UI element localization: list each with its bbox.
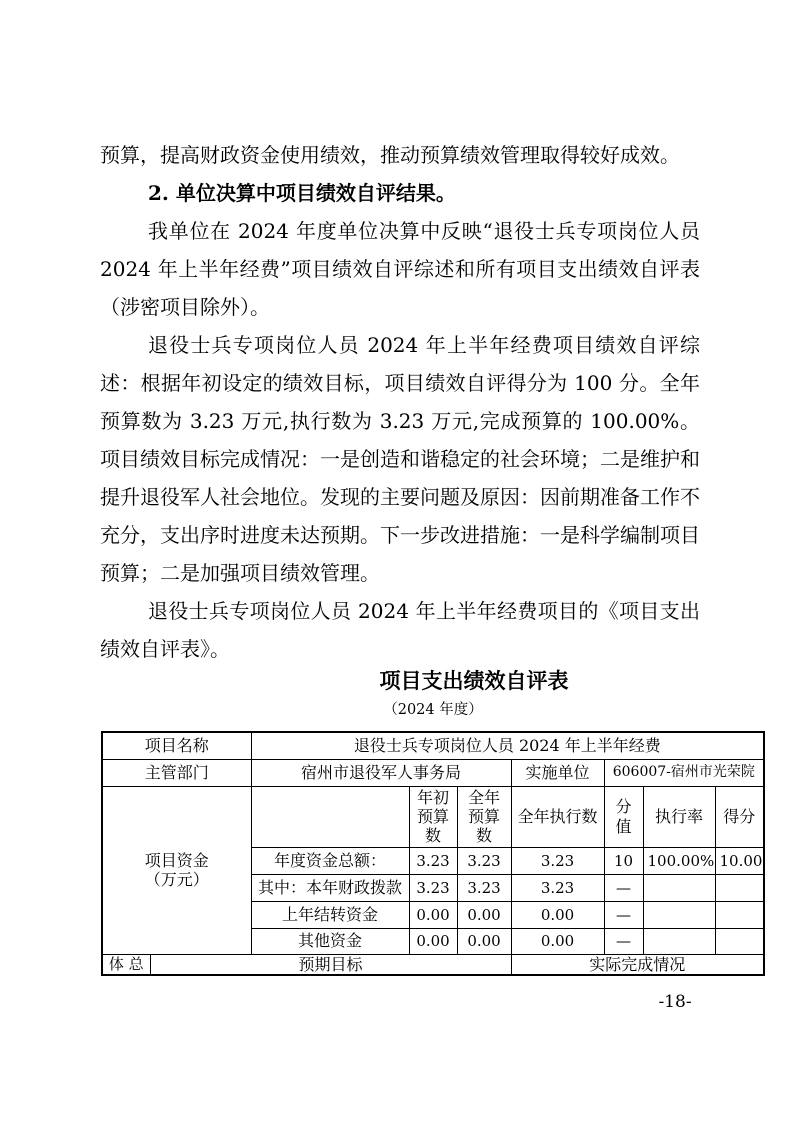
fund-rate [643,928,715,954]
fund-score: 10.00 [715,847,764,874]
project-name-value: 退役士兵专项岗位人员 2024 年上半年经费 [251,732,764,759]
section-heading: 2. 单位决算中项目绩效自评结果。 [100,174,700,212]
fund-rate: 100.00% [643,847,715,874]
funds-unit-cell: 项目资金 （万元） [102,786,251,954]
funds-label-line2: （万元） [107,870,247,889]
fund-score [715,928,764,954]
fund-points: — [604,874,643,901]
fund-annual: 3.23 [457,874,511,901]
table-row: 体 总 预期目标 实际完成情况 [102,954,764,975]
table-subtitle: （2024 年度） [0,700,793,720]
dept-value: 宿州市退役军人事务局 [251,759,511,786]
impl-value: 606007-宿州市光荣院 [604,759,764,786]
header-annual-budget: 全年预算数 [457,786,511,847]
paragraph-1: 我单位在 2024 年度单位决算中反映“退役士兵专项岗位人员 2024 年上半年… [100,212,700,326]
fund-annual: 0.00 [457,901,511,928]
paragraph-3: 退役士兵专项岗位人员 2024 年上半年经费项目的《项目支出绩效自评表》。 [100,592,700,668]
header-points: 分值 [604,786,643,847]
header-annual-exec: 全年执行数 [511,786,604,847]
fund-exec: 3.23 [511,847,604,874]
fund-begin: 0.00 [409,901,457,928]
fund-exec: 3.23 [511,874,604,901]
paragraph-continuation: 预算，提高财政资金使用绩效，推动预算绩效管理取得较好成效。 [100,136,700,174]
fund-points: — [604,928,643,954]
table-title: 项目支出绩效自评表 [0,666,793,696]
document-page: 预算，提高财政资金使用绩效，推动预算绩效管理取得较好成效。 2. 单位决算中项目… [0,0,793,1122]
fund-row-label: 其中：本年财政拨款 [251,874,409,901]
fund-row-label: 上年结转资金 [251,901,409,928]
table-row: 项目资金 （万元） 年初预算数 全年预算数 全年执行数 分值 执行率 得分 [102,786,764,847]
empty-cell [251,786,409,847]
self-evaluation-table: 项目名称 退役士兵专项岗位人员 2024 年上半年经费 主管部门 宿州市退役军人… [101,731,765,976]
dept-label: 主管部门 [102,759,251,786]
header-score: 得分 [715,786,764,847]
page-number: -18- [645,992,705,1012]
fund-row-label: 其他资金 [251,928,409,954]
fund-annual: 3.23 [457,847,511,874]
project-name-label: 项目名称 [102,732,251,759]
fund-annual: 0.00 [457,928,511,954]
fund-score [715,901,764,928]
fund-exec: 0.00 [511,928,604,954]
fund-rate [643,901,715,928]
fund-begin: 0.00 [409,928,457,954]
fund-exec: 0.00 [511,901,604,928]
fund-rate [643,874,715,901]
fund-score [715,874,764,901]
funds-label-line1: 项目资金 [107,851,247,870]
header-exec-rate: 执行率 [643,786,715,847]
header-begin-budget: 年初预算数 [409,786,457,847]
paragraph-2: 退役士兵专项岗位人员 2024 年上半年经费项目绩效自评综述：根据年初设定的绩效… [100,326,700,592]
table-row: 项目名称 退役士兵专项岗位人员 2024 年上半年经费 [102,732,764,759]
actual-completion-header: 实际完成情况 [511,954,764,975]
fund-begin: 3.23 [409,847,457,874]
fund-points: 10 [604,847,643,874]
fund-begin: 3.23 [409,874,457,901]
overall-goal-partial-label: 体 总 [102,954,150,975]
fund-points: — [604,901,643,928]
expected-goal-header: 预期目标 [150,954,511,975]
fund-row-label: 年度资金总额： [251,847,409,874]
table-row: 主管部门 宿州市退役军人事务局 实施单位 606007-宿州市光荣院 [102,759,764,786]
impl-label: 实施单位 [511,759,604,786]
